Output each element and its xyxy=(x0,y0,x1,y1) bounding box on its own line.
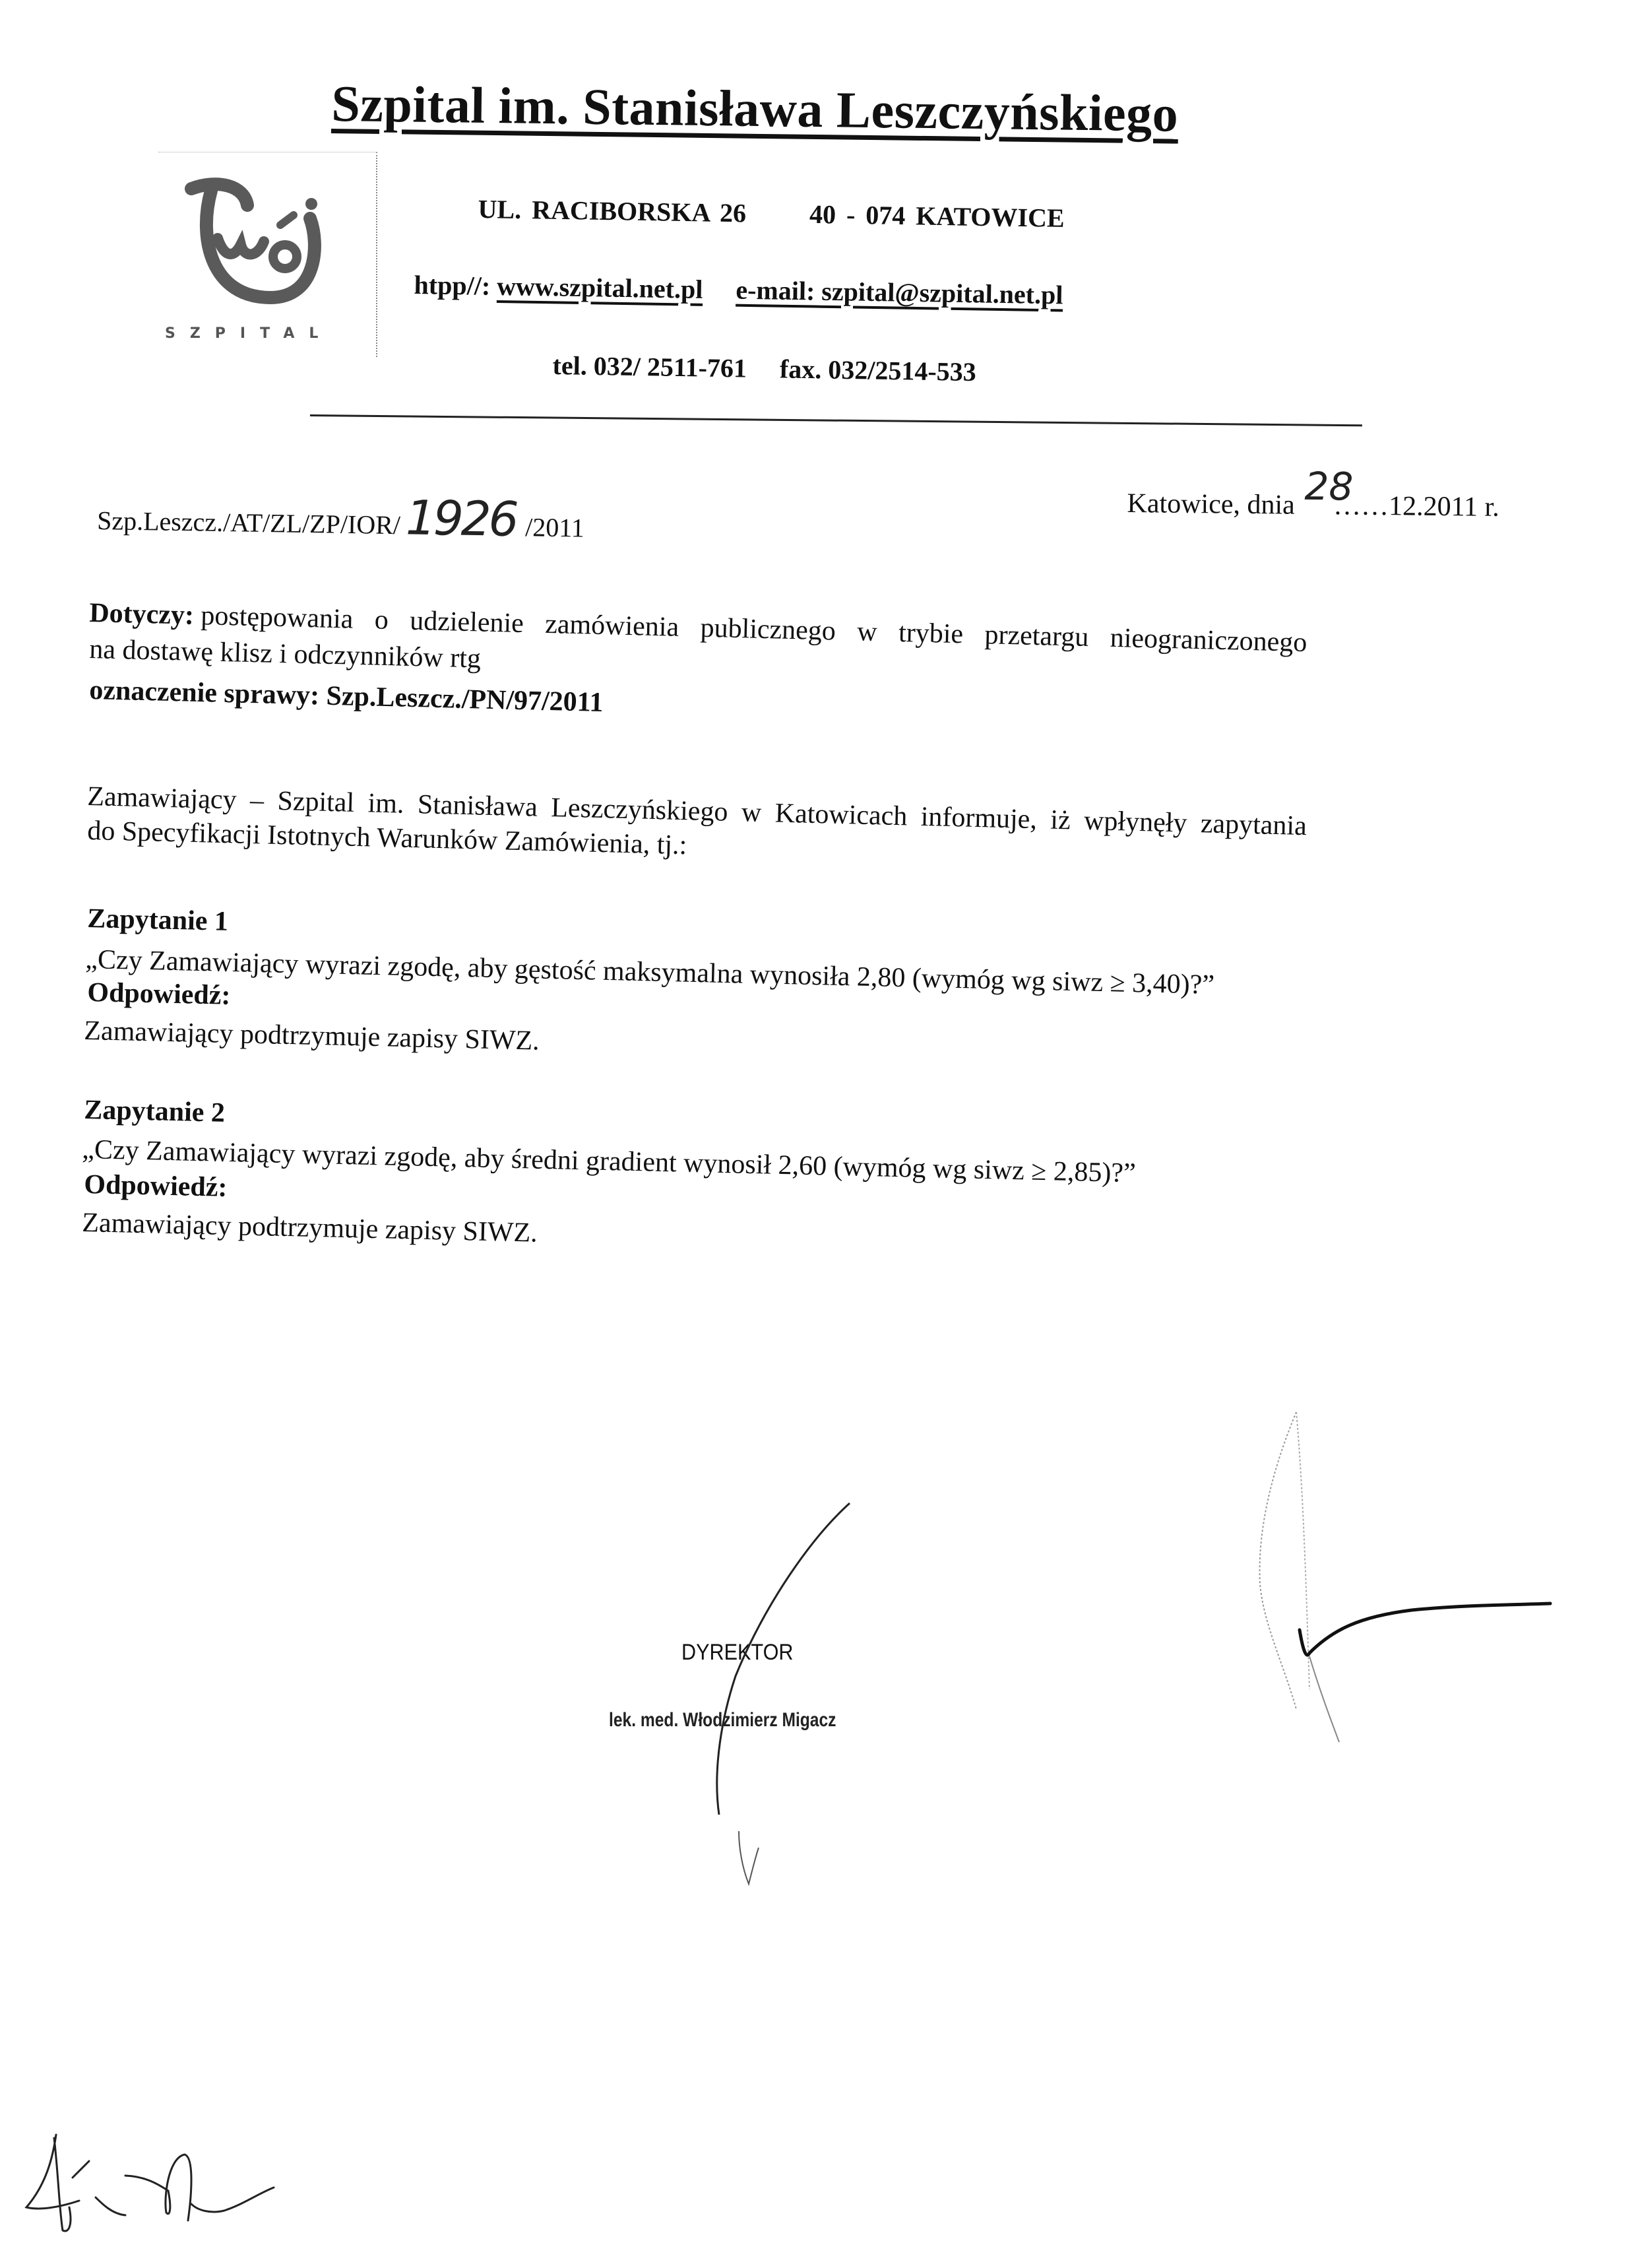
right-signature-faint xyxy=(1260,1412,1296,1709)
handwritten-signatures-icon xyxy=(0,0,1636,2268)
director-signature-stroke xyxy=(717,1503,850,1815)
right-signature-tail xyxy=(1309,1656,1339,1742)
right-signature-main xyxy=(1300,1604,1550,1655)
initials-signature xyxy=(26,2135,274,2231)
director-signature-tail xyxy=(739,1831,759,1884)
